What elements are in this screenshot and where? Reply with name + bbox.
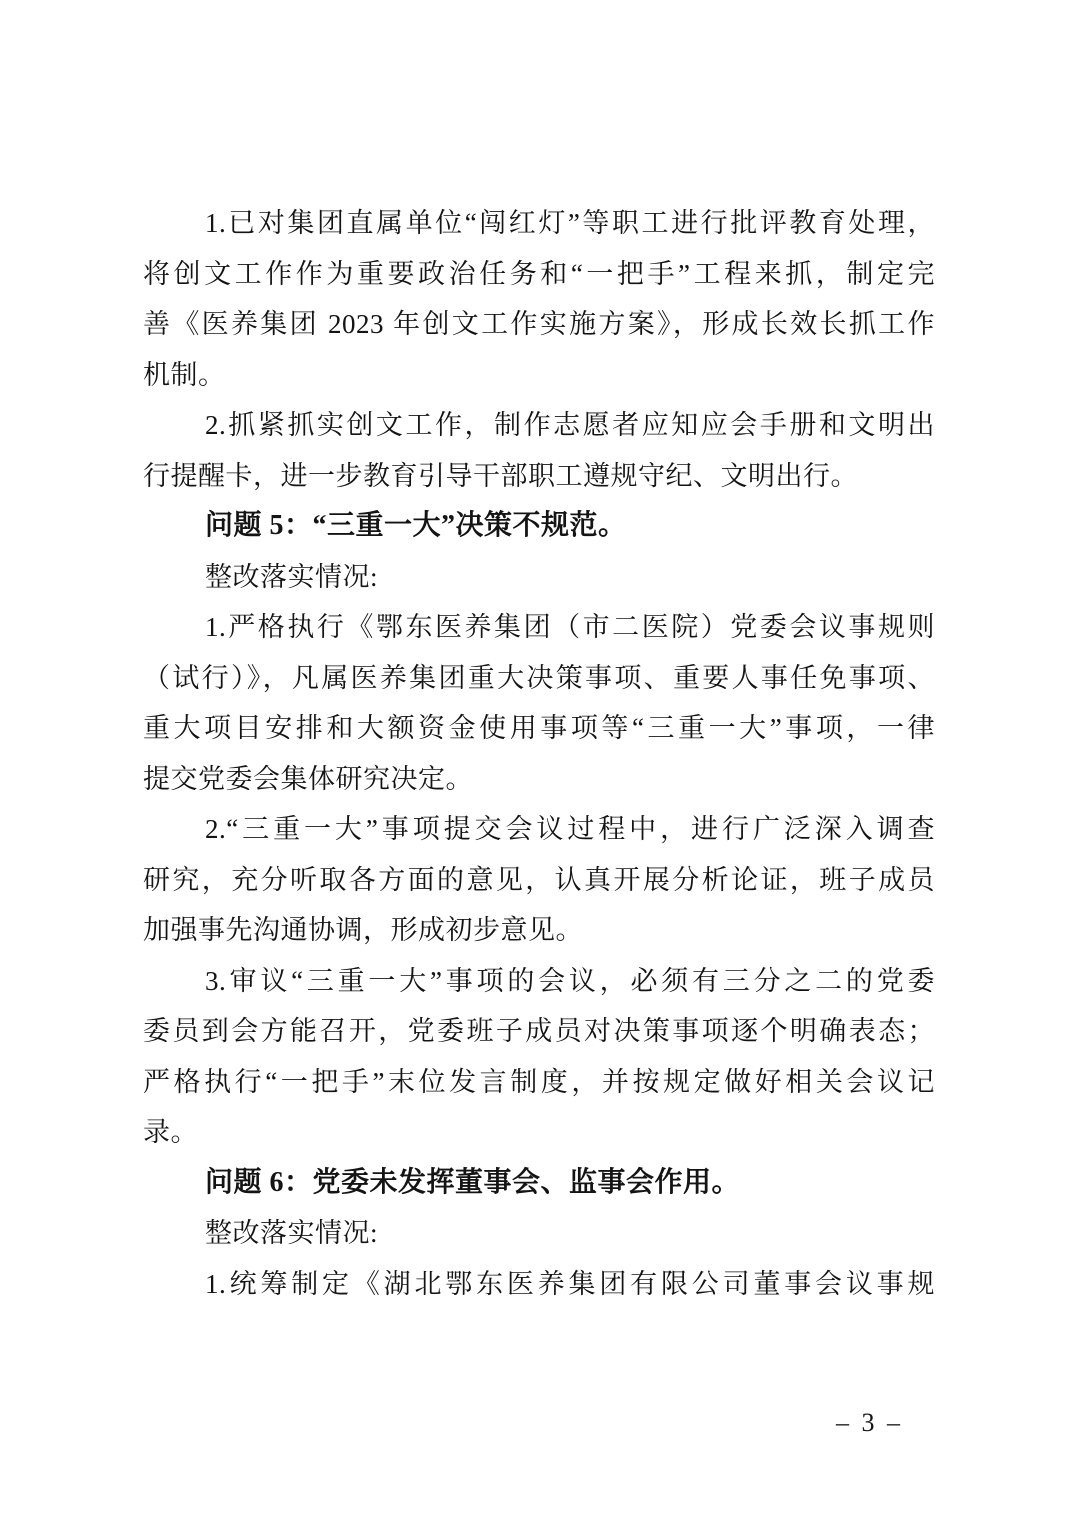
problem-heading: 问题 5：“三重一大”决策不规范。 — [143, 501, 935, 552]
text-line: （试行）》，凡属医养集团重大决策事项、重要人事任免事项、 — [143, 653, 935, 704]
text-line: 整改落实情况: — [143, 552, 935, 603]
text-line: 机制。 — [143, 350, 935, 401]
text-line: 委员到会方能召开，党委班子成员对决策事项逐个明确表态； — [143, 1006, 935, 1057]
text-line: 问题 5：“三重一大”决策不规范。 — [143, 501, 935, 552]
paragraph: 1.统筹制定《湖北鄂东医养集团有限公司董事会议事规 — [143, 1259, 935, 1310]
text-line: 1.严格执行《鄂东医养集团（市二医院）党委会议事规则 — [143, 602, 935, 653]
text-line: 加强事先沟通协调，形成初步意见。 — [143, 905, 935, 956]
paragraph: 3.审议“三重一大”事项的会议，必须有三分之二的党委委员到会方能召开，党委班子成… — [143, 956, 935, 1158]
text-line: 提交党委会集体研究决定。 — [143, 754, 935, 805]
text-line: 研究，充分听取各方面的意见，认真开展分析论证，班子成员 — [143, 855, 935, 906]
text-line: 将创文工作作为重要政治任务和“一把手”工程来抓，制定完 — [143, 249, 935, 300]
text-line: 2.抓紧抓实创文工作，制作志愿者应知应会手册和文明出 — [143, 400, 935, 451]
text-line: 问题 6：党委未发挥董事会、监事会作用。 — [143, 1158, 935, 1209]
text-line: 行提醒卡，进一步教育引导干部职工遵规守纪、文明出行。 — [143, 451, 935, 502]
text-line: 3.审议“三重一大”事项的会议，必须有三分之二的党委 — [143, 956, 935, 1007]
page-number: – 3 – — [836, 1406, 903, 1440]
paragraph: 整改落实情况: — [143, 1208, 935, 1259]
paragraph: 1.严格执行《鄂东医养集团（市二医院）党委会议事规则（试行）》，凡属医养集团重大… — [143, 602, 935, 804]
text-line: 重大项目安排和大额资金使用事项等“三重一大”事项，一律 — [143, 703, 935, 754]
text-line: 整改落实情况: — [143, 1208, 935, 1259]
text-line: 善《医养集团 2023 年创文工作实施方案》，形成长效长抓工作 — [143, 299, 935, 350]
paragraph: 2.抓紧抓实创文工作，制作志愿者应知应会手册和文明出行提醒卡，进一步教育引导干部… — [143, 400, 935, 501]
document-body: 1.已对集团直属单位“闯红灯”等职工进行批评教育处理，将创文工作作为重要政治任务… — [143, 198, 935, 1309]
problem-heading: 问题 6：党委未发挥董事会、监事会作用。 — [143, 1158, 935, 1209]
document-page: 1.已对集团直属单位“闯红灯”等职工进行批评教育处理，将创文工作作为重要政治任务… — [0, 0, 1074, 1520]
text-line: 录。 — [143, 1107, 935, 1158]
paragraph: 1.已对集团直属单位“闯红灯”等职工进行批评教育处理，将创文工作作为重要政治任务… — [143, 198, 935, 400]
paragraph: 2.“三重一大”事项提交会议过程中，进行广泛深入调查研究，充分听取各方面的意见，… — [143, 804, 935, 956]
text-line: 严格执行“一把手”末位发言制度，并按规定做好相关会议记 — [143, 1057, 935, 1108]
text-line: 2.“三重一大”事项提交会议过程中，进行广泛深入调查 — [143, 804, 935, 855]
text-line: 1.统筹制定《湖北鄂东医养集团有限公司董事会议事规 — [143, 1259, 935, 1310]
text-line: 1.已对集团直属单位“闯红灯”等职工进行批评教育处理， — [143, 198, 935, 249]
paragraph: 整改落实情况: — [143, 552, 935, 603]
